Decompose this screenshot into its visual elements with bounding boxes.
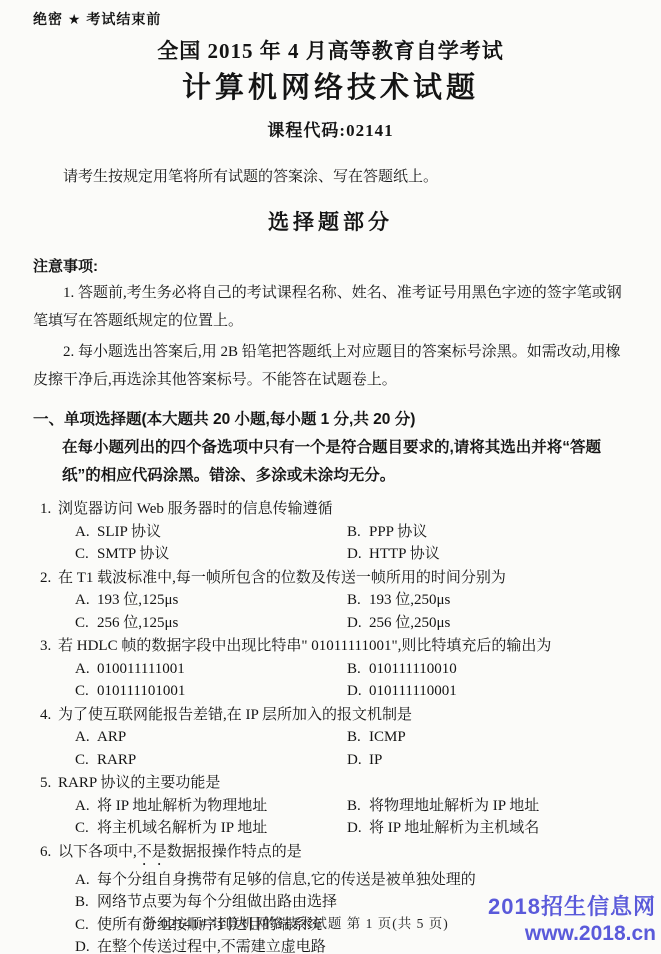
section-1-instruction: 在每小题列出的四个备选项中只有一个是符合题目要求的,请将其选出并将“答题纸”的相… <box>62 434 621 489</box>
option-a-label: A. <box>75 726 97 749</box>
option-a-text: SLIP 协议 <box>97 524 161 540</box>
question-1-number: 1. <box>40 498 58 521</box>
question-4: 4.为了使互联网能报告差错,在 IP 层所加入的报文机制是 A.ARP B.IC… <box>40 704 635 772</box>
option-a-text: 将 IP 地址解析为物理地址 <box>97 798 267 814</box>
option-c-text: 010111101001 <box>97 683 185 699</box>
site-watermark: 2018招生信息网 www.2018.cn <box>488 893 656 947</box>
question-3-stem: 3.若 HDLC 帧的数据字段中出现比特串" 01011111001",则比特填… <box>40 635 635 658</box>
part-heading: 选择题部分 <box>0 206 661 236</box>
question-2-option-d: D.256 位,250μs <box>347 612 635 635</box>
question-1: 1.浏览器访问 Web 服务器时的信息传输遵循 A.SLIP 协议 B.PPP … <box>40 498 635 566</box>
section-1-title: 一、单项选择题(本大题共 20 小题,每小题 1 分,共 20 分) <box>33 408 661 431</box>
question-1-text: 浏览器访问 Web 服务器时的信息传输遵循 <box>58 501 333 517</box>
question-list: 1.浏览器访问 Web 服务器时的信息传输遵循 A.SLIP 协议 B.PPP … <box>40 498 635 954</box>
exam-paper-page: 绝密 ★ 考试结束前 全国 2015 年 4 月高等教育自学考试 计算机网络技术… <box>0 0 661 954</box>
option-a-text: 193 位,125μs <box>97 592 178 608</box>
question-1-option-d: D.HTTP 协议 <box>347 543 635 566</box>
question-2-option-a: A.193 位,125μs <box>75 589 347 612</box>
question-5-text: RARP 协议的主要功能是 <box>58 775 220 791</box>
paper-title: 计算机网络技术试题 <box>0 71 661 106</box>
option-c-label: C. <box>75 817 97 840</box>
note-2: 2. 每小题选出答案后,用 2B 铅笔把答题纸上对应题目的答案标号涂黑。如需改动… <box>33 338 633 394</box>
question-2-stem: 2.在 T1 载波标准中,每一帧所包含的位数及传送一帧所用的时间分别为 <box>40 567 635 590</box>
question-3-option-d: D.010111110001 <box>347 680 635 703</box>
option-a-label: A. <box>75 658 97 681</box>
option-d-text: HTTP 协议 <box>369 546 440 562</box>
question-2: 2.在 T1 载波标准中,每一帧所包含的位数及传送一帧所用的时间分别为 A.19… <box>40 567 635 635</box>
question-2-option-b: B.193 位,250μs <box>347 589 635 612</box>
question-4-options: A.ARP B.ICMP C.RARP D.IP <box>75 726 635 771</box>
question-3-text: 若 HDLC 帧的数据字段中出现比特串" 01011111001",则比特填充后… <box>58 638 551 654</box>
question-6-stem: 6.以下各项中,不是数据报操作特点的是 <box>40 841 635 869</box>
classification-banner: 绝密 ★ 考试结束前 <box>33 9 161 29</box>
option-d-label: D. <box>347 612 369 635</box>
option-c-label: C. <box>75 749 97 772</box>
notes-title: 注意事项: <box>33 255 661 276</box>
question-3-options: A.010011111001 B.010111110010 C.01011110… <box>75 658 635 703</box>
option-b-label: B. <box>347 589 369 612</box>
option-d-label: D. <box>347 749 369 772</box>
option-b-text: PPP 协议 <box>369 524 427 540</box>
option-c-text: 256 位,125μs <box>97 615 178 631</box>
option-c-label: C. <box>75 543 97 566</box>
option-d-text: IP <box>369 752 382 768</box>
question-6-text-post: 数据报操作特点的是 <box>167 844 302 860</box>
question-3-number: 3. <box>40 635 58 658</box>
question-5-option-b: B.将物理地址解析为 IP 地址 <box>347 795 635 818</box>
question-3-option-b: B.010111110010 <box>347 658 635 681</box>
question-4-option-b: B.ICMP <box>347 726 635 749</box>
question-6-option-a: A.每个分组自身携带有足够的信息,它的传送是被单独处理的 <box>75 869 635 892</box>
question-2-text: 在 T1 载波标准中,每一帧所包含的位数及传送一帧所用的时间分别为 <box>58 570 506 586</box>
question-4-text: 为了使互联网能报告差错,在 IP 层所加入的报文机制是 <box>58 707 412 723</box>
question-3: 3.若 HDLC 帧的数据字段中出现比特串" 01011111001",则比特填… <box>40 635 635 703</box>
question-2-number: 2. <box>40 567 58 590</box>
option-d-text: 将 IP 地址解析为主机域名 <box>369 820 539 836</box>
course-code: 课程代码:02141 <box>0 116 661 141</box>
question-6-text-pre: 以下各项中, <box>58 844 137 860</box>
option-c-label: C. <box>75 612 97 635</box>
option-d-label: D. <box>347 680 369 703</box>
question-5: 5.RARP 协议的主要功能是 A.将 IP 地址解析为物理地址 B.将物理地址… <box>40 772 635 840</box>
option-d-text: 010111110001 <box>369 683 457 699</box>
option-c-text: 将主机域名解析为 IP 地址 <box>97 820 267 836</box>
option-b-label: B. <box>347 795 369 818</box>
option-b-text: 网络节点要为每个分组做出路由选择 <box>97 894 337 910</box>
question-2-options: A.193 位,125μs B.193 位,250μs C.256 位,125μ… <box>75 589 635 634</box>
option-b-text: 将物理地址解析为 IP 地址 <box>369 798 539 814</box>
question-4-option-d: D.IP <box>347 749 635 772</box>
option-c-text: RARP <box>97 752 136 768</box>
option-d-label: D. <box>347 543 369 566</box>
question-6-text-emphasis: 不是 <box>137 844 167 860</box>
question-3-option-c: C.010111101001 <box>75 680 347 703</box>
option-d-label: D. <box>347 817 369 840</box>
option-a-text: 010011111001 <box>97 661 185 677</box>
option-a-label: A. <box>75 521 97 544</box>
question-6-number: 6. <box>40 841 58 864</box>
question-4-option-c: C.RARP <box>75 749 347 772</box>
question-4-number: 4. <box>40 704 58 727</box>
option-b-label: B. <box>347 726 369 749</box>
option-b-text: 010111110010 <box>369 661 457 677</box>
option-a-text: 每个分组自身携带有足够的信息,它的传送是被单独处理的 <box>97 872 476 888</box>
question-1-stem: 1.浏览器访问 Web 服务器时的信息传输遵循 <box>40 498 635 521</box>
option-d-text: 在整个传送过程中,不需建立虚电路 <box>97 939 326 954</box>
question-5-option-d: D.将 IP 地址解析为主机域名 <box>347 817 635 840</box>
question-5-option-c: C.将主机域名解析为 IP 地址 <box>75 817 347 840</box>
option-b-label: B. <box>75 891 97 914</box>
question-2-option-c: C.256 位,125μs <box>75 612 347 635</box>
question-5-stem: 5.RARP 协议的主要功能是 <box>40 772 635 795</box>
question-1-options: A.SLIP 协议 B.PPP 协议 C.SMTP 协议 D.HTTP 协议 <box>75 521 635 566</box>
option-a-label: A. <box>75 795 97 818</box>
option-d-text: 256 位,250μs <box>369 615 450 631</box>
option-c-text: SMTP 协议 <box>97 546 169 562</box>
watermark-site-url: www.2018.cn <box>488 921 656 947</box>
question-5-number: 5. <box>40 772 58 795</box>
option-b-label: B. <box>347 521 369 544</box>
option-c-label: C. <box>75 680 97 703</box>
option-a-text: ARP <box>97 729 126 745</box>
question-4-option-a: A.ARP <box>75 726 347 749</box>
option-d-label: D. <box>75 936 97 954</box>
question-1-option-c: C.SMTP 协议 <box>75 543 347 566</box>
option-b-text: ICMP <box>369 729 406 745</box>
question-4-stem: 4.为了使互联网能报告差错,在 IP 层所加入的报文机制是 <box>40 704 635 727</box>
question-3-option-a: A.010011111001 <box>75 658 347 681</box>
option-b-text: 193 位,250μs <box>369 592 450 608</box>
answer-sheet-instruction: 请考生按规定用笔将所有试题的答案涂、写在答题纸上。 <box>33 166 631 189</box>
question-1-option-a: A.SLIP 协议 <box>75 521 347 544</box>
question-5-options: A.将 IP 地址解析为物理地址 B.将物理地址解析为 IP 地址 C.将主机域… <box>75 795 635 840</box>
exam-title: 全国 2015 年 4 月高等教育自学考试 <box>0 38 661 64</box>
question-1-option-b: B.PPP 协议 <box>347 521 635 544</box>
watermark-site-name: 2018招生信息网 <box>488 893 656 921</box>
option-a-label: A. <box>75 869 97 892</box>
option-a-label: A. <box>75 589 97 612</box>
question-5-option-a: A.将 IP 地址解析为物理地址 <box>75 795 347 818</box>
note-1: 1. 答题前,考生务必将自己的考试课程名称、姓名、准考证号用黑色字迹的签字笔或钢… <box>33 279 633 335</box>
option-b-label: B. <box>347 658 369 681</box>
